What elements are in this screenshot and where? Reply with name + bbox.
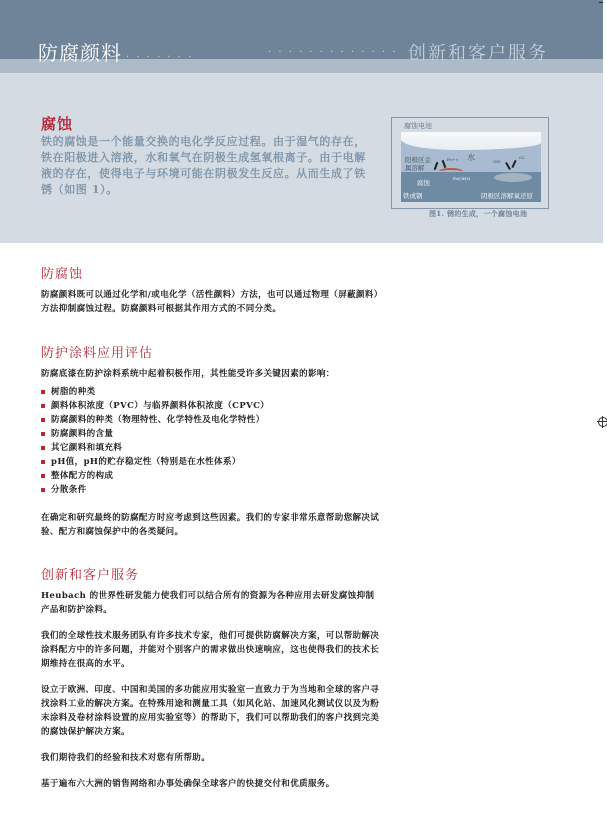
paragraph: 设立于欧洲、印度、中国和美国的多功能应用实验室一直致力于为当地和全球的客户寻找涂… <box>41 683 381 739</box>
registration-mark-icon <box>598 417 607 427</box>
arrow-icon <box>434 162 439 170</box>
list-item: 分散条件 <box>41 483 381 497</box>
list-item: 树脂的种类 <box>41 385 381 399</box>
paragraph: 我们期待我们的经验和技术对您有所帮助。 <box>41 751 381 765</box>
factor-list: 树脂的种类 颜料体积浓度（PVC）与临界颜料体积浓度（CPVC） 防腐颜料的种类… <box>41 385 381 497</box>
section-heading: 创新和客户服务 <box>41 564 381 583</box>
paragraph: 基于遍布六大洲的销售网络和办事处确保全球客户的快捷交付和优质服务。 <box>41 777 381 791</box>
corrosion-label: 腐蚀 <box>417 178 430 187</box>
figure-caption: 图1. 锈的生成，一个腐蚀电池 <box>429 209 527 219</box>
paragraph: 我们的全球性技术服务团队有许多技术专家，他们可提供防腐解决方案，可以帮助解决涂料… <box>41 629 381 671</box>
section-label-text: 创新和客户服务 <box>408 43 548 64</box>
section-heading: 防腐蚀 <box>41 263 381 282</box>
section-innovation: 创新和客户服务 Heubach 的世界性研发能力使我们可以结合所有的资源为各种应… <box>41 564 381 803</box>
section-label: · · · · · · · · · · · · ·创新和客户服务 <box>408 39 548 65</box>
anode-label: 阳极区金属溶解 <box>405 156 431 172</box>
oh-label: OH- <box>493 159 501 164</box>
paragraph: 在确定和研究最终的防腐配方时应考虑到这些因素。我们的专家非常乐意帮助您解决试验、… <box>41 511 381 539</box>
arrow-icon <box>442 160 447 168</box>
o2-label: O2 <box>519 155 525 160</box>
fe-oh-label: Fe(OH)2 <box>453 176 470 181</box>
corrosion-cell-figure: 腐蚀电池 水 阳极区金属溶解 腐蚀 铁或钢 阴极区溶解氧还原 Fe++ Fe(O… <box>391 117 549 209</box>
list-item: 颜料体积浓度（PVC）与临界颜料体积浓度（CPVC） <box>41 399 381 413</box>
paragraph: 防腐颜料既可以通过化学和/或电化学（活性颜料）方法，也可以通过物理（屏蔽颜料）方… <box>41 288 381 316</box>
air-layer <box>401 132 541 150</box>
list-item: 整体配方的构成 <box>41 469 381 483</box>
section-dotted-rule: · · · · · · · · · · · · · <box>268 47 397 58</box>
metal-label: 铁或钢 <box>403 191 423 200</box>
figure-title: 腐蚀电池 <box>404 121 432 131</box>
list-item: 防腐颜料的含量 <box>41 427 381 441</box>
section-heading: 防护涂料应用评估 <box>41 342 381 361</box>
cathode-label: 阴极区溶解氧还原 <box>481 191 533 200</box>
arrow-icon <box>505 162 511 170</box>
figure-illustration: 水 阳极区金属溶解 腐蚀 铁或钢 阴极区溶解氧还原 Fe++ Fe(OH)2 O… <box>401 132 541 202</box>
fe-ion-label: Fe++ <box>447 157 459 162</box>
page-title-text: 防腐颜料 <box>38 41 122 65</box>
paragraph: 防腐底漆在防护涂料系统中起着积极作用，其性能受许多关键因素的影响： <box>41 367 381 381</box>
title-dotted-rule: · · · · · · · <box>126 52 193 63</box>
intro-text: 铁的腐蚀是一个能量交换的电化学反应过程。由于湿气的存在，铁在阳极进入溶液，水和氧… <box>41 134 371 198</box>
intro-heading: 腐蚀 <box>41 113 73 134</box>
section-anticorrosion: 防腐蚀 防腐颜料既可以通过化学和/或电化学（活性颜料）方法，也可以通过物理（屏蔽… <box>41 263 381 316</box>
rust-deposit <box>439 168 463 175</box>
paragraph: Heubach 的世界性研发能力使我们可以结合所有的资源为各种应用去研发腐蚀抑制… <box>41 589 381 617</box>
section-evaluation: 防护涂料应用评估 防腐底漆在防护涂料系统中起着积极作用，其性能受许多关键因素的影… <box>41 342 381 539</box>
page-edge <box>603 0 607 814</box>
list-item: 防腐颜料的种类（物理特性、化学特性及电化学特性） <box>41 413 381 427</box>
page-title: 防腐颜料· · · · · · · <box>38 37 193 66</box>
list-item: 其它颜料和填充料 <box>41 441 381 455</box>
list-item: pH值，pH的贮存稳定性（特别是在水性体系） <box>41 455 381 469</box>
arrow-icon <box>511 160 516 168</box>
water-label: 水 <box>467 152 475 163</box>
cathode-area <box>494 173 532 182</box>
